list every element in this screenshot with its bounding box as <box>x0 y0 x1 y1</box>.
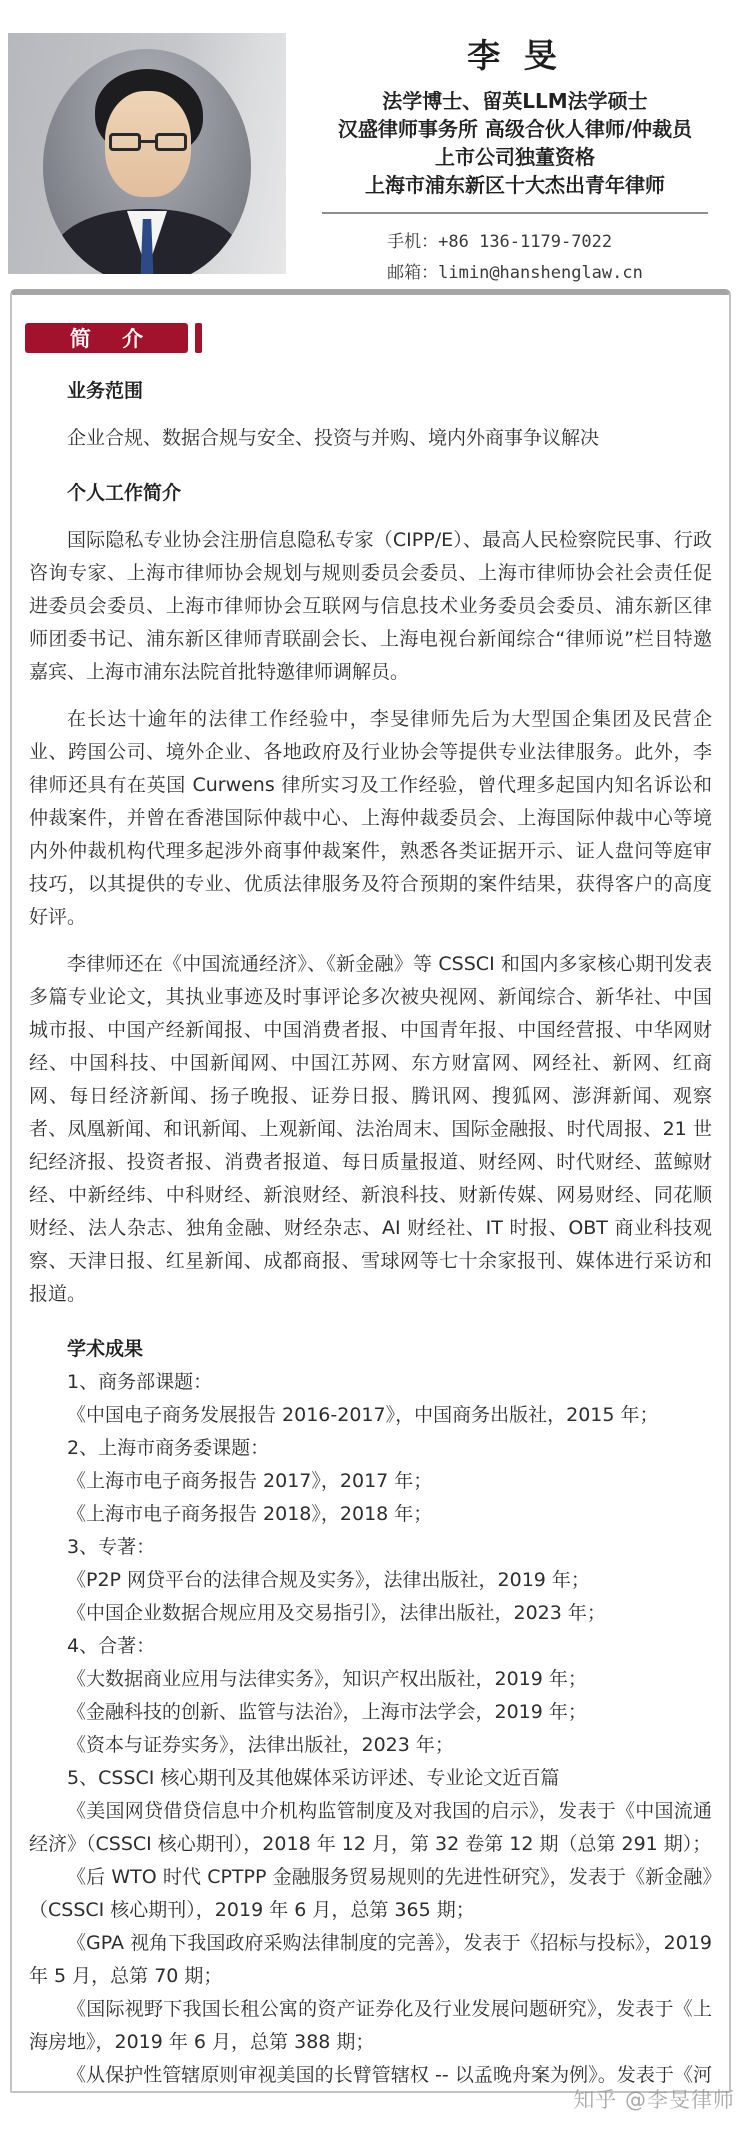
section-banner: 简 介 <box>25 323 188 353</box>
body-paragraph: 4、合著： <box>29 1630 712 1663</box>
body-paragraph: 国际隐私专业协会注册信息隐私专家（CIPP/E）、最高人民检察院民事、行政咨询专… <box>29 524 712 689</box>
body-paragraph: 《中国电子商务发展报告 2016-2017》，中国商务出版社，2015 年； <box>29 1399 712 1432</box>
body-paragraph: 5、CSSCI 核心期刊及其他媒体采访评述、专业论文近百篇 <box>29 1762 712 1795</box>
section-heading: 个人工作简介 <box>29 477 712 510</box>
credentials-list: 法学博士、留英LLM法学硕士 汉盛律师事务所 高级合伙人律师/仲裁员 上市公司独… <box>295 87 735 199</box>
body-paragraph: 3、专著： <box>29 1531 712 1564</box>
body-paragraph: 《GPA 视角下我国政府采购法律制度的完善》，发表于《招标与投标》，2019 年… <box>29 1927 712 1993</box>
person-name: 李 旻 <box>295 30 735 77</box>
section-heading: 业务范围 <box>29 375 712 408</box>
body-paragraph: 在长达十逾年的法律工作经验中，李旻律师先后为大型国企集团及民营企业、跨国公司、境… <box>29 703 712 934</box>
body-paragraph: 2、上海市商务委课题： <box>29 1432 712 1465</box>
body-paragraph: 《大数据商业应用与法律实务》，知识产权出版社，2019 年； <box>29 1663 712 1696</box>
body-paragraph: 《金融科技的创新、监管与法治》，上海市法学会，2019 年； <box>29 1696 712 1729</box>
glasses-icon <box>109 133 187 153</box>
body-paragraph: 《美国网贷借贷信息中介机构监管制度及对我国的启示》，发表于《中国流通经济》（CS… <box>29 1795 712 1861</box>
body-paragraph: 企业合规、数据合规与安全、投资与并购、境内外商事争议解决 <box>29 422 712 455</box>
identity-block: 李 旻 法学博士、留英LLM法学硕士 汉盛律师事务所 高级合伙人律师/仲裁员 上… <box>295 30 735 289</box>
credential-line: 汉盛律师事务所 高级合伙人律师/仲裁员 <box>295 115 735 143</box>
intro-section-box: 简 介 业务范围企业合规、数据合规与安全、投资与并购、境内外商事争议解决个人工作… <box>10 289 731 2093</box>
glasses-left-lens <box>109 133 141 151</box>
section-heading: 学术成果 <box>29 1333 712 1366</box>
credential-line: 上海市浦东新区十大杰出青年律师 <box>295 171 735 199</box>
zhihu-watermark: 知乎 @李旻律师 <box>573 2084 735 2114</box>
intro-content: 业务范围企业合规、数据合规与安全、投资与并购、境内外商事争议解决个人工作简介国际… <box>29 375 712 2093</box>
glasses-right-lens <box>155 133 187 151</box>
phone-label: 手机： <box>387 232 438 252</box>
email-row: 邮箱：limin@hanshenglaw.cn <box>387 258 643 289</box>
credential-line: 上市公司独董资格 <box>295 143 735 171</box>
body-paragraph: 《国际视野下我国长租公寓的资产证券化及行业发展问题研究》，发表于《上海房地》，2… <box>29 1993 712 2059</box>
contact-block: 手机：+86 136-1179-7022 邮箱：limin@hanshengla… <box>387 227 643 289</box>
body-paragraph: 李律师还在《中国流通经济》、《新金融》等 CSSCI 和国内多家核心期刊发表多篇… <box>29 948 712 1311</box>
body-paragraph: 1、商务部课题： <box>29 1366 712 1399</box>
phone-number: +86 136-1179-7022 <box>438 232 612 252</box>
portrait-photo <box>8 33 286 274</box>
body-paragraph: 《中国企业数据合规应用及交易指引》，法律出版社，2023 年； <box>29 1597 712 1630</box>
body-paragraph: 《上海市电子商务报告 2018》，2018 年； <box>29 1498 712 1531</box>
body-paragraph: 《P2P 网贷平台的法律合规及实务》，法律出版社，2019 年； <box>29 1564 712 1597</box>
section-banner-accent-bar <box>195 323 202 353</box>
body-paragraph: 《后 WTO 时代 CPTPP 金融服务贸易规则的先进性研究》，发表于《新金融》… <box>29 1861 712 1927</box>
credential-line: 法学博士、留英LLM法学硕士 <box>295 87 735 115</box>
phone-row: 手机：+86 136-1179-7022 <box>387 227 643 258</box>
body-paragraph: 《资本与证券实务》，法律出版社，2023 年； <box>29 1729 712 1762</box>
section-banner-row: 简 介 <box>25 323 729 353</box>
header-divider <box>322 212 708 214</box>
body-paragraph: 《上海市电子商务报告 2017》，2017 年； <box>29 1465 712 1498</box>
profile-header: 李 旻 法学博士、留英LLM法学硕士 汉盛律师事务所 高级合伙人律师/仲裁员 上… <box>0 0 741 289</box>
glasses-bridge <box>141 140 155 143</box>
portrait-oval-vignette <box>43 49 251 274</box>
email-address: limin@hanshenglaw.cn <box>438 263 643 283</box>
email-label: 邮箱： <box>387 263 438 283</box>
